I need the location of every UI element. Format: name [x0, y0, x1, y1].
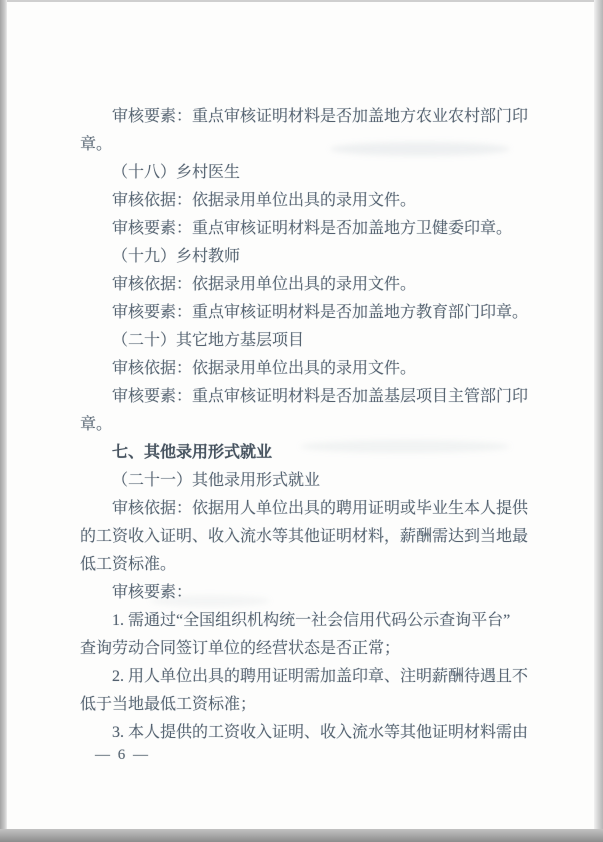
document-line-list-item: 2. 用人单位出具的聘用证明需加盖印章、注明薪酬待遇且不 [80, 663, 550, 691]
document-line: 审核要素：重点审核证明材料是否加盖地方农业农村部门印 [80, 103, 550, 131]
document-line: 审核要素：重点审核证明材料是否加盖地方教育部门印章。 [80, 299, 550, 327]
scanned-document-page: 审核要素：重点审核证明材料是否加盖地方农业农村部门印 章。 （十八）乡村医生 审… [0, 0, 603, 842]
document-line: 章。 [80, 411, 550, 439]
document-line: 章。 [80, 131, 550, 159]
page-number: — 6 — [95, 742, 150, 768]
scan-edge-bottom [0, 829, 603, 842]
document-text-body: 审核要素：重点审核证明材料是否加盖地方农业农村部门印 章。 （十八）乡村医生 审… [80, 103, 550, 747]
document-line: 低于当地最低工资标准； [80, 691, 550, 719]
document-line: 审核依据：依据录用单位出具的录用文件。 [80, 271, 550, 299]
document-line-subheading: （二十一）其他录用形式就业 [80, 467, 550, 495]
scan-edge-left [0, 0, 7, 842]
section-heading: 七、其他录用形式就业 [80, 439, 550, 467]
document-line: 的工资收入证明、收入流水等其他证明材料，薪酬需达到当地最 [80, 523, 550, 551]
document-line-subheading: （十九）乡村教师 [80, 243, 550, 271]
document-line: 审核要素：重点审核证明材料是否加盖基层项目主管部门印 [80, 383, 550, 411]
document-line: 审核要素： [80, 579, 550, 607]
scan-edge-right [594, 0, 603, 842]
document-line-subheading: （十八）乡村医生 [80, 159, 550, 187]
document-line: 低工资标准。 [80, 551, 550, 579]
document-line: 审核依据：依据录用单位出具的录用文件。 [80, 355, 550, 383]
document-line-list-item: 1. 需通过“全国组织机构统一社会信用代码公示查询平台” [80, 607, 550, 635]
document-line-subheading: （二十）其它地方基层项目 [80, 327, 550, 355]
document-line-list-item: 3. 本人提供的工资收入证明、收入流水等其他证明材料需由 [80, 719, 550, 747]
document-line: 审核依据：依据录用单位出具的录用文件。 [80, 187, 550, 215]
document-line: 审核依据：依据用人单位出具的聘用证明或毕业生本人提供 [80, 495, 550, 523]
scan-edge-top [0, 0, 603, 2]
document-line: 审核要素：重点审核证明材料是否加盖地方卫健委印章。 [80, 215, 550, 243]
document-line: 查询劳动合同签订单位的经营状态是否正常； [80, 635, 550, 663]
